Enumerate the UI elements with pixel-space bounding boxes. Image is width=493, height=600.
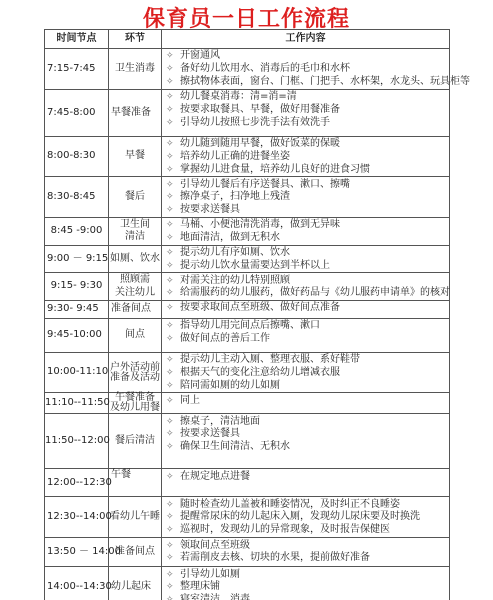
content-item-text: 幼儿随到随用早餐，做好饭菜的保暖 [180,138,340,151]
content-item: ✧地面清洁，做到无积水 [166,232,449,245]
time-slot: 8:00-8:30 [45,137,109,177]
table-row: 8:00-8:30早餐✧幼儿随到随用早餐，做好饭菜的保暖✧培养幼儿正确的进餐坐姿… [45,137,450,177]
content-item-text: 对需关注的幼儿特别照顾 [180,275,290,288]
time-slot: 9:30- 9:45 [45,300,109,318]
table-row: 12:30--14:00看幼儿午睡✧随时检查幼儿盖被和睡姿情况，及时纠正不良睡姿… [45,497,450,538]
diamond-bullet-icon: ✧ [166,320,180,333]
diamond-bullet-icon: ✧ [166,540,180,553]
content-item-text: 地面清洁，做到无积水 [180,232,280,245]
content-item: ✧擦桌子，清洁地面 [166,415,449,428]
diamond-bullet-icon: ✧ [166,581,180,594]
diamond-bullet-icon: ✧ [166,367,180,380]
content-item-text: 做好间点的善后工作 [180,333,270,346]
content-item: ✧提示幼儿饮水量需要达到半杯以上 [166,260,449,273]
content-item-text: 陪同需如厕的幼儿如厕 [180,380,280,393]
diamond-bullet-icon: ✧ [166,380,180,393]
time-slot: 7:15-7:45 [45,49,109,90]
time-slot: 7:45-8:00 [45,90,109,137]
content-item-text: 巡视时，发现幼儿的异常现象，及时报告保健医 [180,524,390,537]
table-row: 9:00 － 9:15如厕、饮水✧提示幼儿有序如厕、饮水✧提示幼儿饮水量需要达到… [45,245,450,273]
stage-name: 准备间点 [109,300,162,318]
diamond-bullet-icon: ✧ [166,191,180,204]
content-item-text: 擦桌子，清洁地面 [180,416,260,429]
diamond-bullet-icon: ✧ [166,76,180,89]
stage-name: 午餐 [109,469,162,497]
content-item-text: 开窗通风 [180,50,220,63]
diamond-bullet-icon: ✧ [166,552,180,565]
diamond-bullet-icon: ✧ [166,104,180,117]
work-content: ✧在规定地点进餐 [162,469,450,497]
table-row: 12:00--12:30午餐✧在规定地点进餐 [45,469,450,497]
diamond-bullet-icon: ✧ [166,260,180,273]
diamond-bullet-icon: ✧ [166,63,180,76]
content-item: ✧在规定地点进餐 [166,470,449,483]
content-item-text: 根据天气的变化注意给幼儿增减衣服 [180,367,340,380]
content-item: ✧备好幼儿饮用水、消毒后的毛巾和水杯 [166,63,449,76]
content-item: ✧按要求取餐具、早餐，做好用餐准备 [166,104,449,117]
content-item: ✧开窗通风 [166,50,449,63]
table-row: 8:30-8:45餐后✧引导幼儿餐后有序送餐具、漱口、擦嘴✧擦净桌子，扫净地上残… [45,177,450,217]
work-content: ✧幼儿随到随用早餐，做好饭菜的保暖✧培养幼儿正确的进餐坐姿✧掌握幼儿进食量，培养… [162,137,450,177]
work-content: ✧领取间点至班级✧若需削皮去核、切块的水果，提前做好准备 [162,538,450,567]
work-content: ✧随时检查幼儿盖被和睡姿情况，及时纠正不良睡姿✧提醒常尿床的幼儿起床入厕，发现幼… [162,497,450,538]
stage-name: 餐后 [109,177,162,217]
work-content: ✧对需关注的幼儿特别照顾✧给需服药的幼儿服药，做好药品与《幼儿服药申请单》的核对 [162,273,450,301]
diamond-bullet-icon: ✧ [166,247,180,260]
work-content: ✧马桶、小便池清洗消毒，做到无异味✧地面清洁，做到无积水 [162,217,450,245]
content-item: ✧引导幼儿餐后有序送餐具、漱口、擦嘴 [166,178,449,191]
time-slot: 10:00-11:10 [45,352,109,392]
diamond-bullet-icon: ✧ [166,524,180,537]
content-item-text: 提示幼儿主动入厕、整理衣服、系好鞋带 [180,354,360,367]
content-item-text: 备好幼儿饮用水、消毒后的毛巾和水杯 [180,63,350,76]
time-slot: 9:15- 9:30 [45,273,109,301]
work-content: ✧同上 [162,393,450,414]
content-item-text: 培养幼儿正确的进餐坐姿 [180,151,290,164]
content-item: ✧做好间点的善后工作 [166,333,449,346]
time-slot: 14:00--14:30 [45,567,109,600]
content-item: ✧提示幼儿有序如厕、饮水 [166,247,449,260]
diamond-bullet-icon: ✧ [166,302,180,315]
diamond-bullet-icon: ✧ [166,179,180,192]
stage-name: 餐后清洁 [109,414,162,469]
content-item-text: 提示幼儿有序如厕、饮水 [180,247,290,260]
content-item: ✧按要求送餐具 [166,204,449,217]
table-row: 14:00--14:30幼儿起床✧引导幼儿如厕✧整理床铺✧寝室清洁、消毒 [45,567,450,600]
table-row: 13:50 － 14:00准备间点✧领取间点至班级✧若需削皮去核、切块的水果，提… [45,538,450,567]
work-content: ✧开窗通风✧备好幼儿饮用水、消毒后的毛巾和水杯✧擦拭物体表面，窗台、门框、门把手… [162,49,450,90]
time-slot: 11:10--11:50 [45,393,109,414]
content-item: ✧根据天气的变化注意给幼儿增减衣服 [166,367,449,380]
content-item-text: 确保卫生间清洁、无积水 [180,441,290,454]
stage-name: 户外活动前准备及活动 [109,352,162,392]
time-slot: 8:30-8:45 [45,177,109,217]
work-content: ✧提示幼儿主动入厕、整理衣服、系好鞋带✧根据天气的变化注意给幼儿增减衣服✧陪同需… [162,352,450,392]
content-item-text: 若需削皮去核、切块的水果，提前做好准备 [180,552,370,565]
time-slot: 13:50 － 14:00 [45,538,109,567]
content-item-text: 提醒常尿床的幼儿起床入厕，发现幼儿尿床要及时换洗 [180,511,420,524]
content-item: ✧培养幼儿正确的进餐坐姿 [166,151,449,164]
diamond-bullet-icon: ✧ [166,275,180,288]
content-item-text: 寝室清洁、消毒 [180,594,250,600]
table-row: 7:15-7:45卫生消毒✧开窗通风✧备好幼儿饮用水、消毒后的毛巾和水杯✧擦拭物… [45,49,450,90]
table-row: 9:45-10:00间点✧指导幼儿用完间点后擦嘴、漱口✧做好间点的善后工作 [45,318,450,352]
content-item: ✧寝室清洁、消毒 [166,594,449,600]
diamond-bullet-icon: ✧ [166,416,180,429]
diamond-bullet-icon: ✧ [166,511,180,524]
work-content: ✧擦桌子，清洁地面✧按要求送餐具✧确保卫生间清洁、无积水 [162,414,450,469]
work-content: ✧幼儿餐桌消毒：清=消=清✧按要求取餐具、早餐，做好用餐准备✧引导幼儿按照七步洗… [162,90,450,137]
table-row: 10:00-11:10户外活动前准备及活动✧提示幼儿主动入厕、整理衣服、系好鞋带… [45,352,450,392]
time-slot: 11:50--12:00 [45,414,109,469]
content-item: ✧同上 [166,394,449,407]
content-item: ✧指导幼儿用完间点后擦嘴、漱口 [166,320,449,333]
time-slot: 12:30--14:00 [45,497,109,538]
table-row: 9:15- 9:30照顾需关注幼儿✧对需关注的幼儿特别照顾✧给需服药的幼儿服药，… [45,273,450,301]
content-item: ✧整理床铺 [166,581,449,594]
diamond-bullet-icon: ✧ [166,354,180,367]
content-item: ✧对需关注的幼儿特别照顾 [166,274,449,287]
work-content: ✧引导幼儿如厕✧整理床铺✧寝室清洁、消毒 [162,567,450,600]
time-slot: 9:45-10:00 [45,318,109,352]
diamond-bullet-icon: ✧ [166,151,180,164]
diamond-bullet-icon: ✧ [166,117,180,130]
content-item: ✧按要求取间点至班级、做好间点准备 [166,302,449,315]
content-item-text: 按要求取间点至班级、做好间点准备 [180,302,340,315]
content-item: ✧随时检查幼儿盖被和睡姿情况，及时纠正不良睡姿 [166,498,449,511]
content-item-text: 按要求送餐具 [180,428,240,441]
diamond-bullet-icon: ✧ [166,428,180,441]
content-item-text: 擦拭物体表面，窗台、门框、门把手、水杯架，水龙头、玩具柜等 [180,76,470,89]
content-item-text: 按要求取餐具、早餐，做好用餐准备 [180,104,340,117]
work-content: ✧指导幼儿用完间点后擦嘴、漱口✧做好间点的善后工作 [162,318,450,352]
diamond-bullet-icon: ✧ [166,164,180,177]
content-item: ✧给需服药的幼儿服药，做好药品与《幼儿服药申请单》的核对 [166,287,449,300]
content-item-text: 随时检查幼儿盖被和睡姿情况，及时纠正不良睡姿 [180,499,400,512]
diamond-bullet-icon: ✧ [166,441,180,454]
stage-name: 卫生间清洁 [109,217,162,245]
time-slot: 12:00--12:30 [45,469,109,497]
content-item: ✧领取间点至班级 [166,539,449,552]
header-content: 工作内容 [162,30,450,49]
stage-name: 照顾需关注幼儿 [109,273,162,301]
content-item: ✧幼儿餐桌消毒：清=消=清 [166,91,449,104]
work-content: ✧按要求取间点至班级、做好间点准备 [162,300,450,318]
diamond-bullet-icon: ✧ [166,232,180,245]
content-item-text: 给需服药的幼儿服药，做好药品与《幼儿服药申请单》的核对 [180,287,450,300]
content-item-text: 指导幼儿用完间点后擦嘴、漱口 [180,320,320,333]
content-item-text: 在规定地点进餐 [180,471,250,484]
stage-name: 午餐准备及幼儿用餐 [109,393,162,414]
content-item: ✧马桶、小便池清洗消毒，做到无异味 [166,219,449,232]
content-item-text: 整理床铺 [180,581,220,594]
content-item: ✧提醒常尿床的幼儿起床入厕，发现幼儿尿床要及时换洗 [166,511,449,524]
content-item: ✧幼儿随到随用早餐，做好饭菜的保暖 [166,138,449,151]
diamond-bullet-icon: ✧ [166,333,180,346]
content-item-text: 按要求送餐具 [180,204,240,217]
table-row: 8:45 -9:00卫生间清洁✧马桶、小便池清洗消毒，做到无异味✧地面清洁，做到… [45,217,450,245]
content-item-text: 同上 [180,395,200,408]
content-item-text: 幼儿餐桌消毒：清=消=清 [180,91,297,104]
stage-name: 卫生消毒 [109,49,162,90]
diamond-bullet-icon: ✧ [166,91,180,104]
table-row: 11:50--12:00餐后清洁✧擦桌子，清洁地面✧按要求送餐具✧确保卫生间清洁… [45,414,450,469]
diamond-bullet-icon: ✧ [166,287,180,300]
content-item-text: 提示幼儿饮水量需要达到半杯以上 [180,260,330,273]
header-stage: 环节 [109,30,162,49]
content-item-text: 领取间点至班级 [180,540,250,553]
diamond-bullet-icon: ✧ [166,138,180,151]
content-item: ✧掌握幼儿进食量，培养幼儿良好的进食习惯 [166,164,449,177]
content-item: ✧提示幼儿主动入厕、整理衣服、系好鞋带 [166,354,449,367]
content-item: ✧引导幼儿按照七步洗手法有效洗手 [166,117,449,130]
table-row: 9:30- 9:45准备间点✧按要求取间点至班级、做好间点准备 [45,300,450,318]
content-item-text: 引导幼儿按照七步洗手法有效洗手 [180,117,330,130]
content-item: ✧擦拭物体表面，窗台、门框、门把手、水杯架，水龙头、玩具柜等 [166,76,449,89]
stage-name: 如厕、饮水 [109,245,162,273]
content-item: ✧引导幼儿如厕 [166,568,449,581]
diamond-bullet-icon: ✧ [166,50,180,63]
content-item: ✧按要求送餐具 [166,428,449,441]
diamond-bullet-icon: ✧ [166,219,180,232]
content-item: ✧陪同需如厕的幼儿如厕 [166,380,449,393]
stage-name: 间点 [109,318,162,352]
stage-name: 幼儿起床 [109,567,162,600]
diamond-bullet-icon: ✧ [166,594,180,600]
stage-name: 看幼儿午睡 [109,497,162,538]
work-content: ✧引导幼儿餐后有序送餐具、漱口、擦嘴✧擦净桌子，扫净地上残渣✧按要求送餐具 [162,177,450,217]
diamond-bullet-icon: ✧ [166,204,180,217]
content-item: ✧巡视时，发现幼儿的异常现象，及时报告保健医 [166,524,449,537]
content-item: ✧确保卫生间清洁、无积水 [166,441,449,454]
diamond-bullet-icon: ✧ [166,499,180,512]
diamond-bullet-icon: ✧ [166,569,180,582]
content-item-text: 擦净桌子，扫净地上残渣 [180,191,290,204]
content-item-text: 掌握幼儿进食量，培养幼儿良好的进食习惯 [180,164,370,177]
stage-name: 早餐准备 [109,90,162,137]
table-header-row: 时间节点 环节 工作内容 [45,30,450,49]
diamond-bullet-icon: ✧ [166,395,180,408]
stage-name: 准备间点 [109,538,162,567]
content-item: ✧若需削皮去核、切块的水果，提前做好准备 [166,552,449,565]
time-slot: 9:00 － 9:15 [45,245,109,273]
stage-name: 早餐 [109,137,162,177]
header-time: 时间节点 [45,30,109,49]
time-slot: 8:45 -9:00 [45,217,109,245]
content-item-text: 引导幼儿餐后有序送餐具、漱口、擦嘴 [180,179,350,192]
workflow-table: 时间节点 环节 工作内容 7:15-7:45卫生消毒✧开窗通风✧备好幼儿饮用水、… [44,29,450,600]
table-row: 7:45-8:00早餐准备✧幼儿餐桌消毒：清=消=清✧按要求取餐具、早餐，做好用… [45,90,450,137]
content-item-text: 马桶、小便池清洗消毒，做到无异味 [180,219,340,232]
diamond-bullet-icon: ✧ [166,471,180,484]
table-row: 11:10--11:50午餐准备及幼儿用餐✧同上 [45,393,450,414]
content-item-text: 引导幼儿如厕 [180,569,240,582]
content-item: ✧擦净桌子，扫净地上残渣 [166,191,449,204]
work-content: ✧提示幼儿有序如厕、饮水✧提示幼儿饮水量需要达到半杯以上 [162,245,450,273]
